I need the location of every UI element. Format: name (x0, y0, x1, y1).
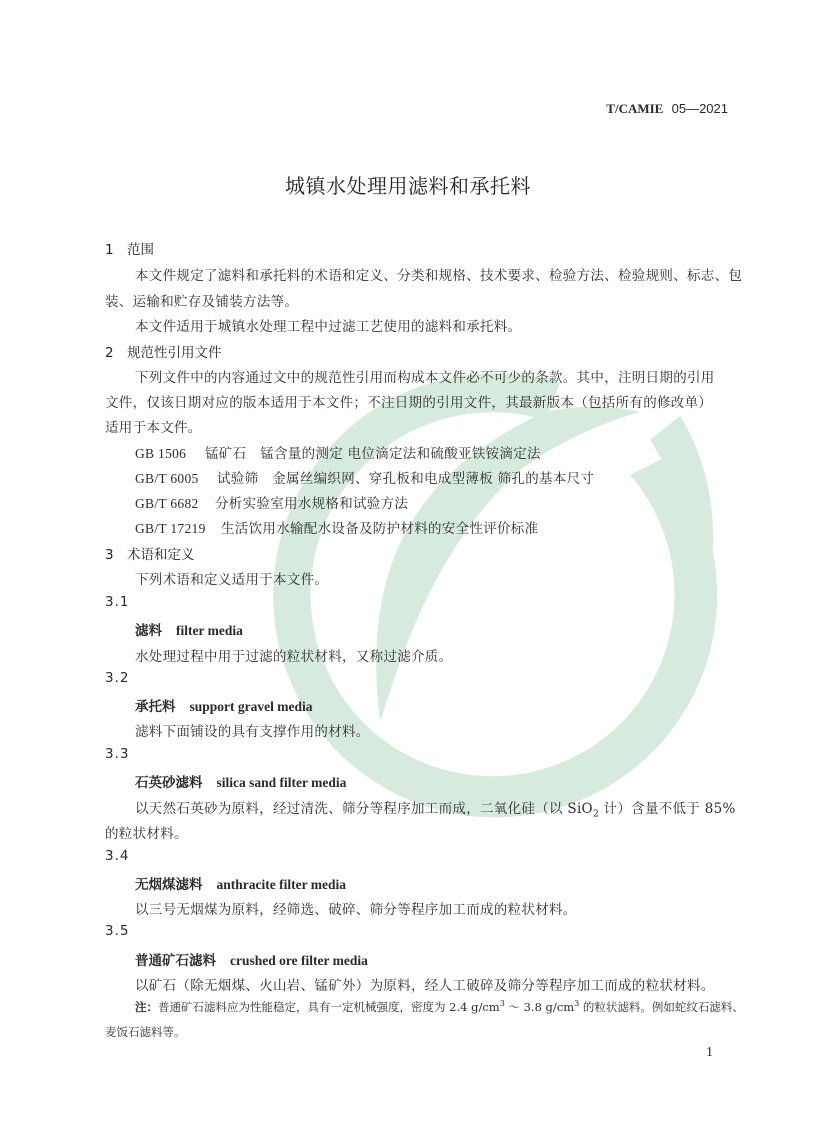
term-number: 3.5 (105, 923, 129, 939)
term-title: 滤料filter media (135, 619, 243, 639)
term-title: 石英砂滤料silica sand filter media (135, 771, 346, 791)
section-2-paragraph-line-2: 文件，仅该日期对应的版本适用于本文件；不注日期的引用文件，其最新版本（包括所有的… (105, 391, 712, 411)
section-1-paragraph-1-line-2: 装、运输和贮存及铺装方法等。 (105, 290, 298, 310)
standard-number: 05—2021 (672, 101, 728, 116)
reference-item: GB/T 6005试验筛 金属丝编织网、穿孔板和电成型薄板 筛孔的基本尺寸 (135, 467, 594, 487)
term-definition: 水处理过程中用于过滤的粒状材料，又称过滤介质。 (135, 645, 452, 665)
section-1-paragraph-2: 本文件适用于城镇水处理工程中过滤工艺使用的滤料和承托料。 (135, 315, 521, 335)
term-note: 注：普通矿石滤料应为性能稳定，具有一定机械强度，密度为 2.4 g/cm3 ～ … (135, 999, 744, 1015)
section-3-heading: 3术语和定义 (105, 543, 195, 563)
term-number: 3.3 (105, 746, 129, 762)
document-page: T/CAMIE 05—2021 城镇水处理用滤料和承托料 1范围 本文件规定了滤… (0, 0, 816, 1145)
term-definition: 以三号无烟煤为原料，经筛选、破碎、筛分等程序加工而成的粒状材料。 (135, 898, 577, 918)
standard-header: T/CAMIE 05—2021 (606, 101, 728, 117)
term-definition: 滤料下面铺设的具有支撑作用的材料。 (135, 720, 370, 740)
term-number: 3.1 (105, 594, 129, 610)
term-definition: 以天然石英砂为原料，经过清洗、筛分等程序加工而成，二氧化硅（以 SiO2 计）含… (135, 797, 736, 820)
section-2-paragraph-line-1: 下列文件中的内容通过文中的规范性引用而构成本文件必不可少的条款。其中，注明日期的… (135, 366, 715, 386)
reference-item: GB/T 17219生活饮用水输配水设备及防护材料的安全性评价标准 (135, 517, 538, 537)
section-1-heading: 1范围 (105, 238, 154, 258)
term-definition-continued: 的粒状材料。 (105, 822, 188, 842)
term-number: 3.2 (105, 670, 129, 686)
section-2-heading: 2规范性引用文件 (105, 341, 222, 361)
term-title: 无烟煤滤料anthracite filter media (135, 873, 346, 893)
term-note-continued: 麦饭石滤料等。 (105, 1024, 186, 1040)
reference-item: GB 1506锰矿石 锰含量的测定 电位滴定法和硫酸亚铁铵滴定法 (135, 442, 541, 462)
standard-code: T/CAMIE (606, 101, 663, 116)
reference-item: GB/T 6682分析实验室用水规格和试验方法 (135, 492, 408, 512)
document-title: 城镇水处理用滤料和承托料 (0, 170, 816, 199)
term-definition: 以矿石（除无烟煤、火山岩、锰矿外）为原料，经人工破碎及筛分等程序加工而成的粒状材… (135, 974, 715, 994)
section-3-intro: 下列术语和定义适用于本文件。 (135, 568, 328, 588)
section-2-paragraph-line-3: 适用于本文件。 (105, 416, 202, 436)
page-number: 1 (706, 1045, 713, 1061)
term-title: 承托料support gravel media (135, 695, 313, 715)
section-1-paragraph-1-line-1: 本文件规定了滤料和承托料的术语和定义、分类和规格、技术要求、检验方法、检验规则、… (135, 264, 742, 284)
term-title: 普通矿石滤料crushed ore filter media (135, 949, 368, 969)
term-number: 3.4 (105, 848, 129, 864)
